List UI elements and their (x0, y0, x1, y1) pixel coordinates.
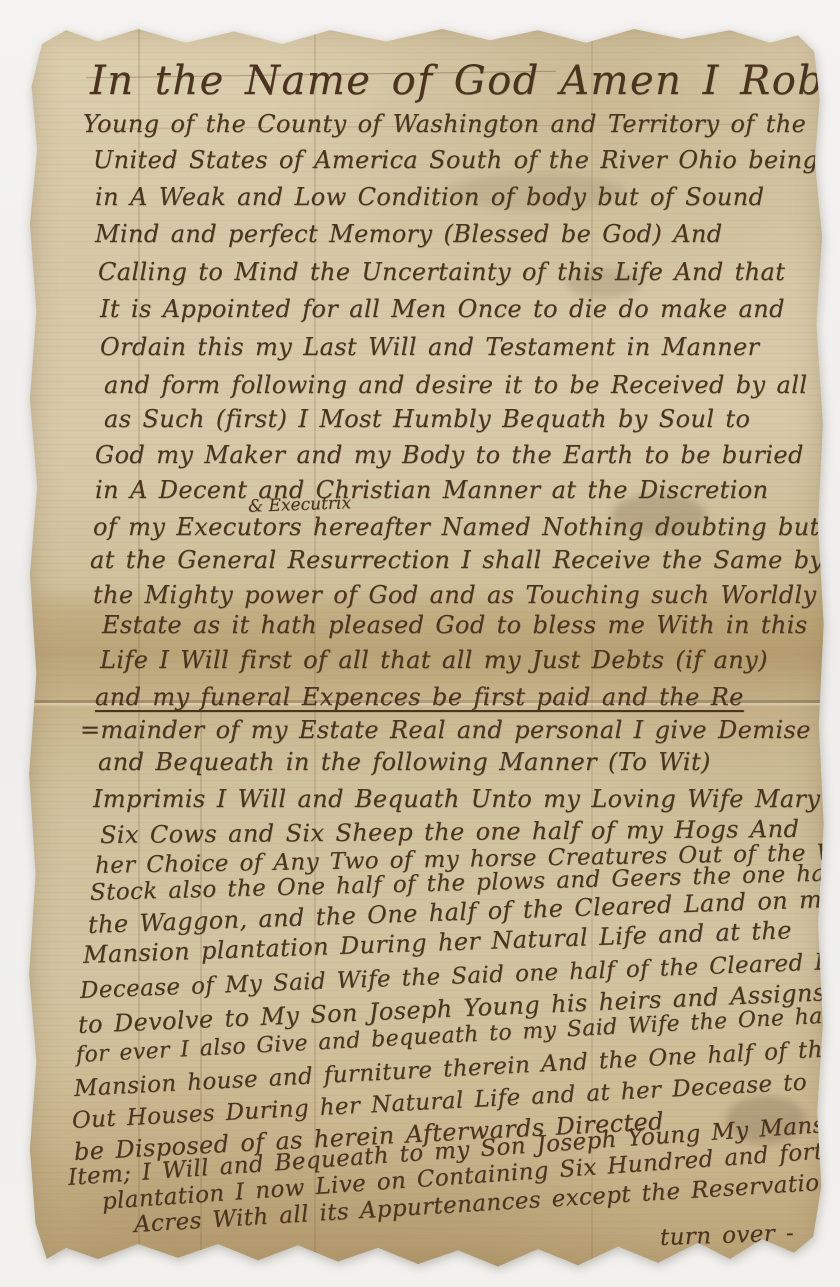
manuscript-line: Ordain this my Last Will and Testament i… (100, 334, 760, 360)
manuscript-line: In the Name of God Amen I Robert (90, 59, 840, 103)
manuscript-line: in A Weak and Low Condition of body but … (95, 184, 764, 210)
manuscript-line: =mainder of my Estate Real and personal … (80, 717, 811, 743)
manuscript-line: Life I Will first of all that all my Jus… (100, 647, 768, 673)
manuscript-line: and form following and desire it to be R… (104, 372, 807, 398)
manuscript-line: the Mighty power of God and as Touching … (93, 582, 817, 608)
manuscript-line: turn over - (660, 1221, 795, 1251)
manuscript-line: as Such (first) I Most Humbly Bequath by… (104, 406, 750, 432)
manuscript-line: of my Executors hereafter Named Nothing … (93, 514, 820, 540)
manuscript-line: Estate as it hath pleased God to bless m… (102, 612, 808, 638)
manuscript-text-layer: & Executrix In the Name of God Amen I Ro… (26, 24, 826, 1274)
manuscript-line: God my Maker and my Body to the Earth to… (95, 442, 804, 468)
manuscript-line: Young of the County of Washington and Te… (83, 111, 806, 137)
manuscript-line: at the General Resurrection I shall Rece… (90, 547, 823, 573)
manuscript-line: United States of America South of the Ri… (93, 147, 818, 173)
manuscript-line: and my funeral Expences be first paid an… (95, 684, 744, 710)
scan-background: & Executrix In the Name of God Amen I Ro… (0, 0, 840, 1287)
manuscript-line: and Bequeath in the following Manner (To… (98, 749, 711, 775)
manuscript-line: Imprimis I Will and Bequath Unto my Lovi… (93, 786, 820, 812)
manuscript-line: It is Appointed for all Men Once to die … (100, 296, 785, 322)
manuscript-page-wrapper: & Executrix In the Name of God Amen I Ro… (26, 24, 826, 1274)
manuscript-line: Calling to Mind the Uncertainty of this … (98, 259, 785, 285)
manuscript-line: Mind and perfect Memory (Blessed be God)… (95, 221, 723, 247)
manuscript-line: in A Decent and Christian Manner at the … (95, 477, 769, 503)
manuscript-page: & Executrix In the Name of God Amen I Ro… (26, 24, 826, 1274)
